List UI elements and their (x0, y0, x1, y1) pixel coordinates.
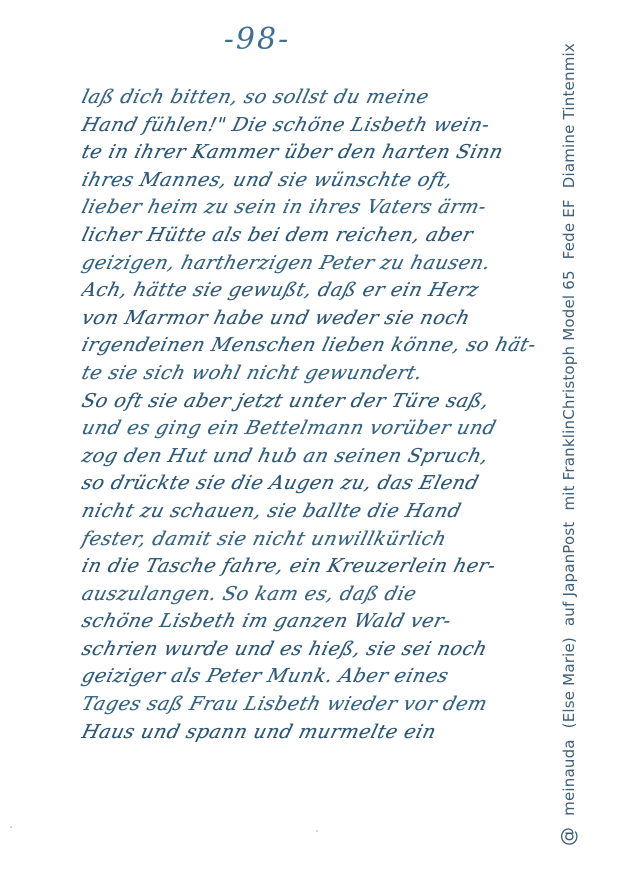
text-line: irgendeinen Menschen lieben könne, so hä… (79, 332, 565, 360)
text-line: Haus und spann und murmelte ein (79, 719, 565, 747)
caption-pen: mit FranklinChristoph Model 65 (560, 270, 578, 510)
page-number: -98- (212, 22, 302, 57)
text-line: geiziger als Peter Munk. Aber eines (79, 663, 565, 691)
vertical-caption: @ meinauda (Else Marie) auf JapanPost mi… (548, 66, 588, 846)
paper-speck (10, 826, 12, 828)
caption-paper: auf JapanPost (560, 522, 578, 627)
text-line: zog den Hut und hub an seinen Spruch, (79, 443, 565, 471)
at-sign-icon: @ (557, 827, 579, 846)
text-line: So oft sie aber jetzt unter der Türe saß… (79, 388, 565, 416)
caption-ink: Diamine Tintenmix (560, 43, 578, 188)
text-line: licher Hütte als bei dem reichen, aber (79, 222, 565, 250)
text-line: und es ging ein Bettelmann vorüber und (79, 415, 565, 443)
text-line: nicht zu schauen, sie ballte die Hand (79, 498, 565, 526)
text-line: te in ihrer Kammer über den harten Sinn (79, 139, 565, 167)
text-line: schrien wurde und es hieß, sie sei noch (79, 636, 565, 664)
text-line: fester, damit sie nicht unwillkürlich (79, 526, 565, 554)
text-line: Tages saß Frau Lisbeth wieder vor dem (79, 691, 565, 719)
caption-author: meinauda (560, 739, 578, 816)
handwritten-page: -98- laß dich bitten, so sollst du meine… (0, 0, 628, 869)
caption-nib: Fede EF (560, 199, 578, 259)
text-line: von Marmor habe und weder sie noch (79, 305, 565, 333)
paper-speck (316, 830, 318, 832)
text-line: Ach, hätte sie gewußt, daß er ein Herz (79, 277, 565, 305)
caption-name: (Else Marie) (560, 637, 578, 728)
handwritten-body: laß dich bitten, so sollst du meine Hand… (82, 84, 552, 746)
text-line: laß dich bitten, so sollst du meine (79, 84, 565, 112)
text-line: ihres Mannes, und sie wünschte oft, (79, 167, 565, 195)
text-line: Hand fühlen!" Die schöne Lisbeth wein- (79, 112, 565, 140)
text-line: lieber heim zu sein in ihres Vaters ärm- (79, 194, 565, 222)
text-line: schöne Lisbeth im ganzen Wald ver- (79, 608, 565, 636)
text-line: te sie sich wohl nicht gewundert. (79, 360, 565, 388)
text-line: auszulangen. So kam es, daß die (79, 581, 565, 609)
text-line: in die Tasche fahre, ein Kreuzerlein her… (79, 553, 565, 581)
text-line: geizigen, hartherzigen Peter zu hausen. (79, 250, 565, 278)
text-line: so drückte sie die Augen zu, das Elend (79, 470, 565, 498)
